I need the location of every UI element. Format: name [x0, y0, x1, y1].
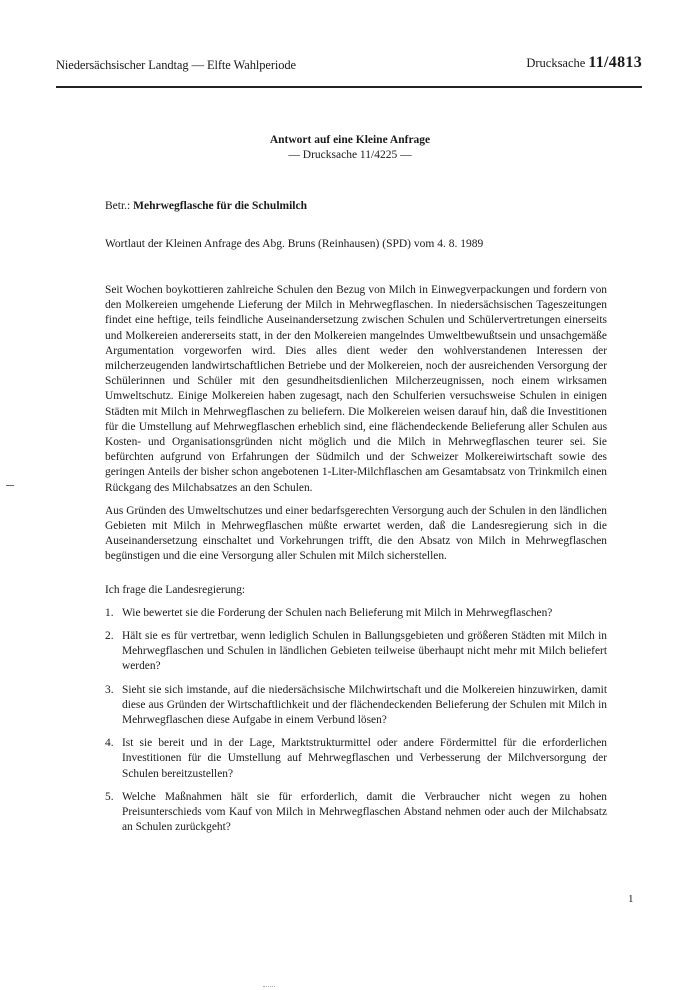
- question-text: Ist sie bereit und in der Lage, Marktstr…: [122, 737, 607, 779]
- question-text: Sieht sie sich imstande, auf die nieders…: [122, 684, 607, 726]
- question-number: 4.: [105, 736, 114, 751]
- question-number: 3.: [105, 683, 114, 698]
- document-body: Seit Wochen boykottieren zahlreiche Schu…: [105, 283, 607, 844]
- question-number: 1.: [105, 606, 114, 621]
- question-item: 5. Welche Maßnahmen hält sie für erforde…: [105, 790, 607, 836]
- subject-label: Betr.:: [105, 200, 130, 212]
- page-header: Niedersächsischer Landtag — Elfte Wahlpe…: [42, 52, 642, 80]
- page-number: 1: [628, 893, 634, 905]
- question-item: 3. Sieht sie sich imstande, auf die nied…: [105, 683, 607, 729]
- questions-intro: Ich frage die Landesregierung:: [105, 583, 607, 598]
- scan-artifact: [263, 986, 275, 989]
- title-reference: — Drucksache 11/4225 —: [100, 148, 600, 163]
- paragraph: Aus Gründen des Umweltschutzes und einer…: [105, 504, 607, 565]
- document-title: Antwort auf eine Kleine Anfrage — Drucks…: [100, 133, 600, 163]
- document-number: Drucksache11/4813: [526, 54, 642, 72]
- document-number-value: 11/4813: [588, 54, 642, 71]
- question-number: 2.: [105, 629, 114, 644]
- question-item: 1. Wie bewertet sie die Forderung der Sc…: [105, 606, 607, 621]
- title-main: Antwort auf eine Kleine Anfrage: [100, 133, 600, 148]
- questions-list: 1. Wie bewertet sie die Forderung der Sc…: [105, 606, 607, 836]
- subject-line: Betr.: Mehrwegflasche für die Schulmilch: [105, 200, 307, 212]
- question-text: Welche Maßnahmen hält sie für erforderli…: [122, 791, 607, 833]
- paragraph: Seit Wochen boykottieren zahlreiche Schu…: [105, 283, 607, 496]
- question-item: 4. Ist sie bereit und in der Lage, Markt…: [105, 736, 607, 782]
- subject-text: Mehrwegflasche für die Schulmilch: [133, 200, 307, 212]
- header-divider: [56, 86, 642, 88]
- question-text: Wie bewertet sie die Forderung der Schul…: [122, 607, 552, 619]
- question-item: 2. Hält sie es für vertretbar, wenn ledi…: [105, 629, 607, 675]
- margin-mark: [6, 485, 14, 486]
- question-number: 5.: [105, 790, 114, 805]
- question-text: Hält sie es für vertretbar, wenn ledigli…: [122, 630, 607, 672]
- document-number-label: Drucksache: [526, 56, 585, 70]
- inquiry-attribution: Wortlaut der Kleinen Anfrage des Abg. Br…: [105, 238, 483, 250]
- parliament-name: Niedersächsischer Landtag — Elfte Wahlpe…: [56, 58, 296, 73]
